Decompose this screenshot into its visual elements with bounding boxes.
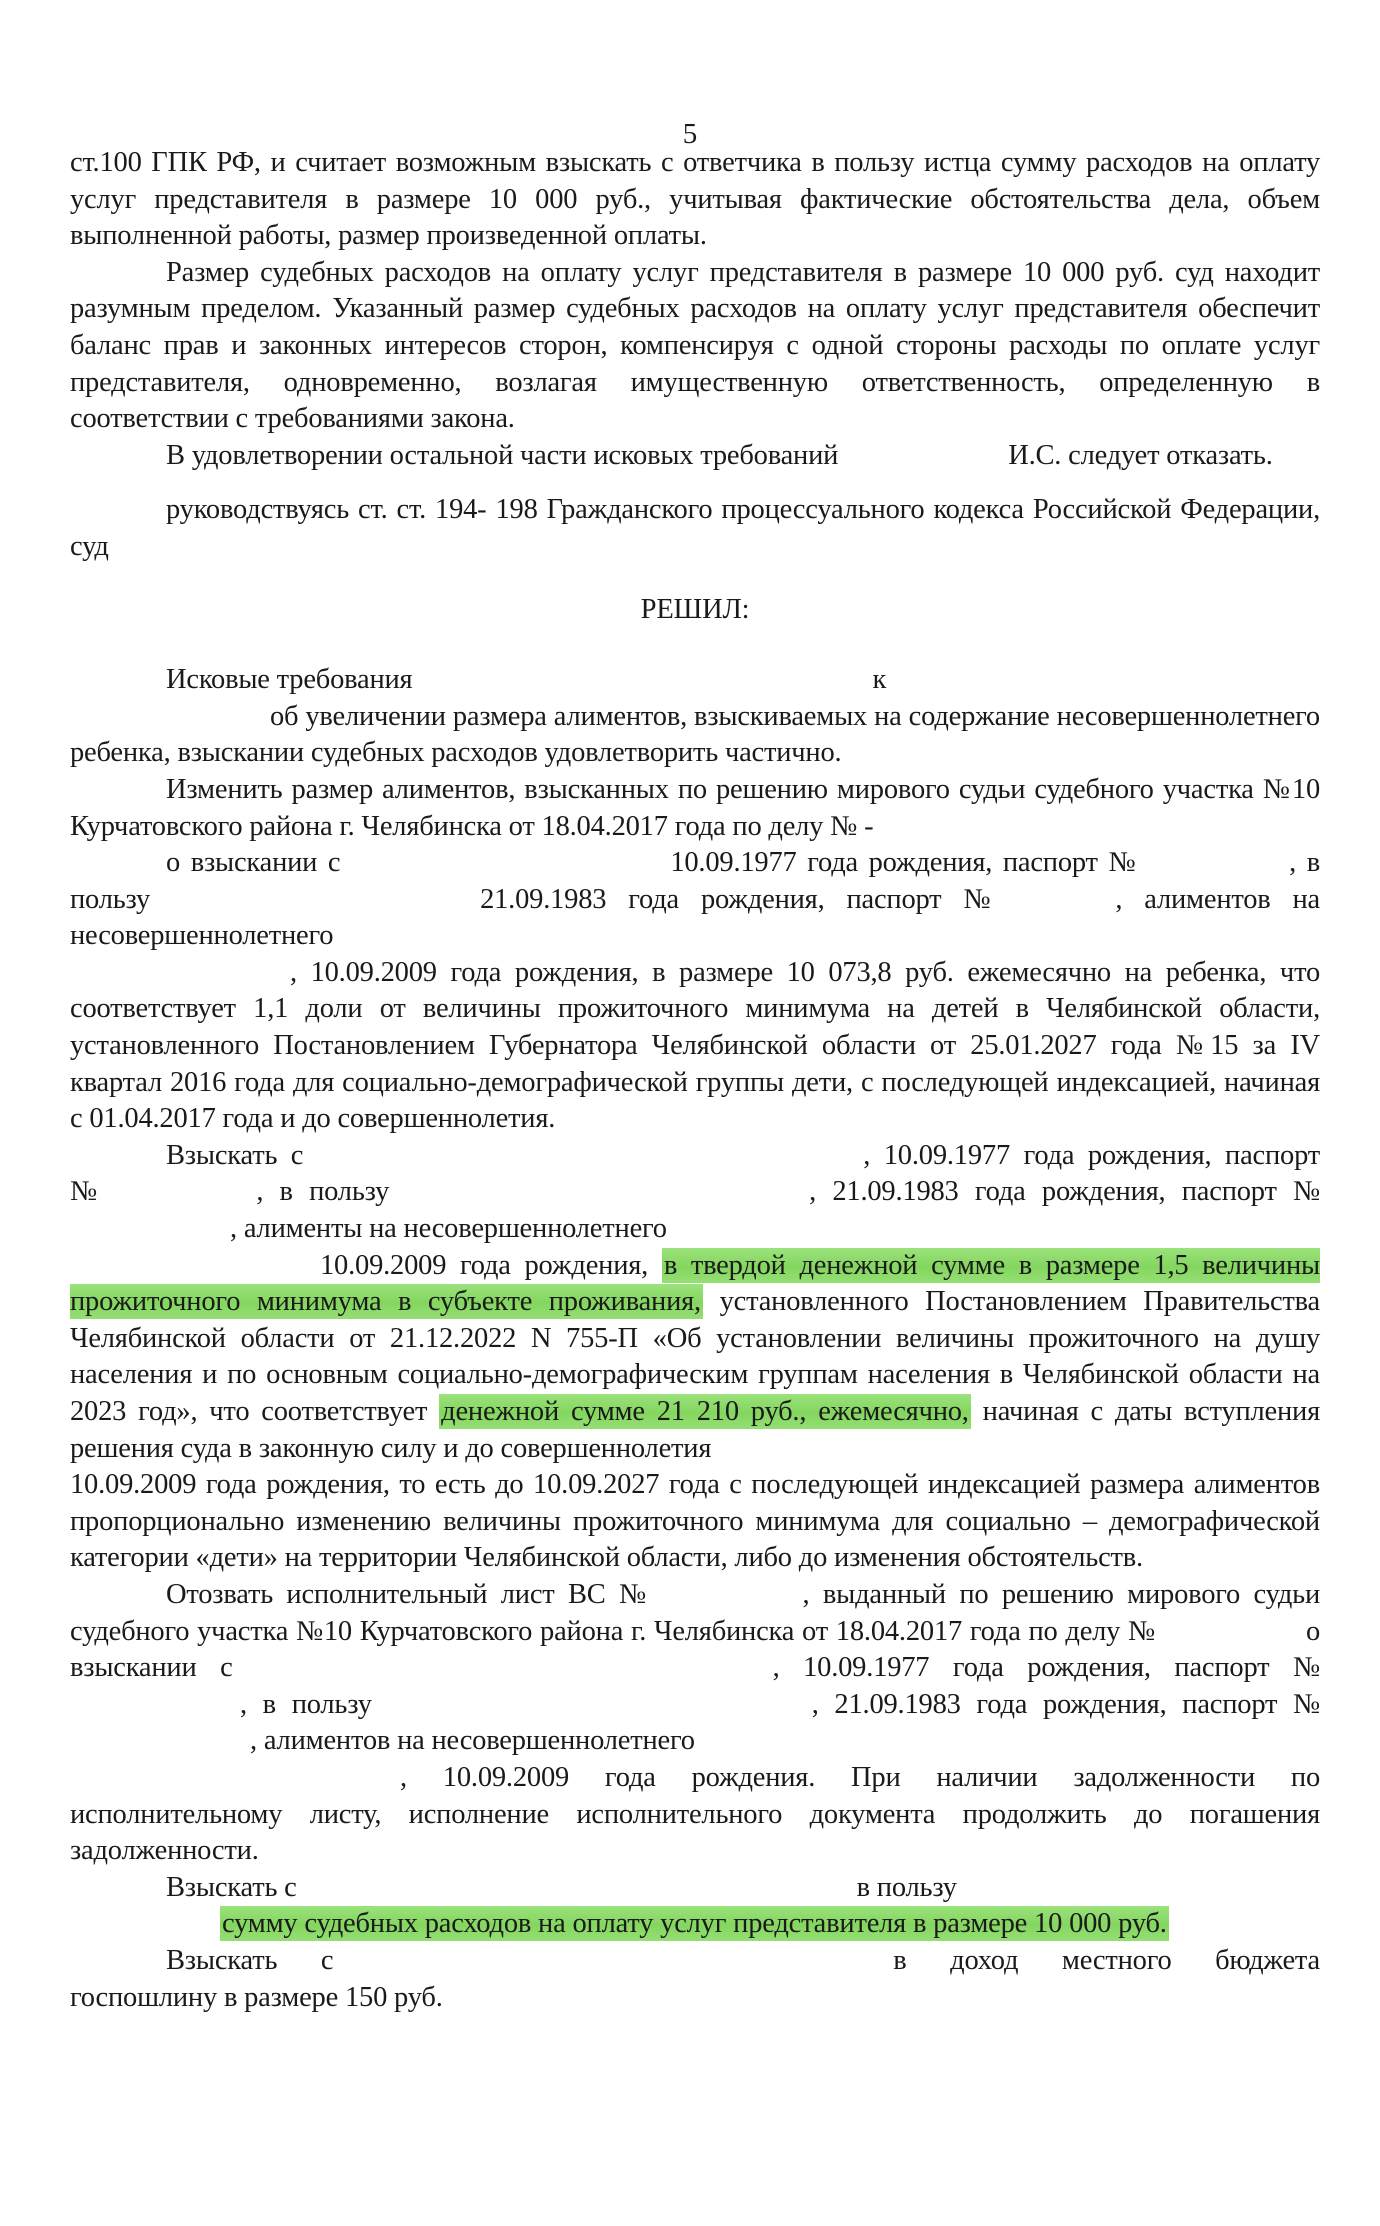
paragraph-state-duty: Взыскать св доход местного бюджета госпо…: [70, 1943, 1320, 2016]
paragraph-costs: ст.100 ГПК РФ, и считает возможным взыск…: [70, 145, 1320, 255]
document-page: 5 ст.100 ГПК РФ, и считает возможным взы…: [0, 0, 1380, 2226]
highlight-representative-costs: сумму судебных расходов на оплату услуг …: [220, 1906, 1169, 1941]
paragraph-change-alimony: Изменить размер алиментов, взысканных по…: [70, 772, 1320, 1138]
paragraph-reasonable-limit: Размер судебных расходов на оплату услуг…: [70, 255, 1320, 438]
paragraph-collect-alimony: Взыскать с, 10.09.1977 года рождения, па…: [70, 1138, 1320, 1577]
paragraph-revoke-writ: Отозвать исполнительный лист ВС №, выдан…: [70, 1577, 1320, 1870]
paragraph-claims: Исковые требованиякоб увеличении размера…: [70, 662, 1320, 772]
highlight-monthly-amount: денежной сумме 21 210 руб., ежемесячно,: [439, 1394, 971, 1429]
paragraph-refusal: В удовлетворении остальной части исковых…: [70, 438, 1320, 475]
decision-heading: РЕШИЛ:: [70, 592, 1320, 629]
paragraph-collect-costs: Взыскать св пользусумму судебных расходо…: [70, 1870, 1320, 1943]
paragraph-guided-by: руководствуясь ст. ст. 194- 198 Гражданс…: [70, 492, 1320, 565]
document-body: ст.100 ГПК РФ, и считает возможным взыск…: [70, 145, 1320, 2016]
